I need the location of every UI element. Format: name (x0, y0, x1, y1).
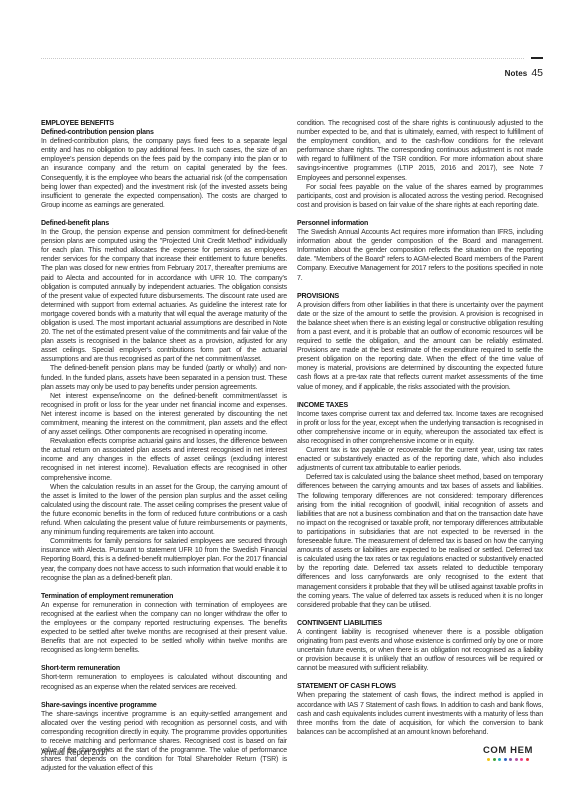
left-column: EMPLOYEE BENEFITSDefined-contribution pe… (41, 119, 287, 773)
subsection-heading: Defined-benefit plans (41, 219, 287, 228)
subsection-heading: Defined-contribution pension plans (41, 128, 287, 137)
subsection-heading: Short-term remuneration (41, 664, 287, 673)
subsection-heading: Termination of employment remuneration (41, 592, 287, 601)
logo-dot (487, 758, 490, 761)
paragraph: Deferred tax is calculated using the bal… (297, 473, 543, 609)
paragraph: Current tax is tax payable or recoverabl… (297, 446, 543, 473)
comhem-logo: COM HEM (482, 745, 534, 761)
paragraph: Commitments for family pensions for sala… (41, 537, 287, 582)
paragraph: When the calculation results in an asset… (41, 483, 287, 538)
paragraph: A provision differs from other liabiliti… (297, 301, 543, 392)
paragraph: The defined-benefit pension plans may be… (41, 364, 287, 391)
section-heading: PROVISIONS (297, 292, 543, 301)
body-columns: EMPLOYEE BENEFITSDefined-contribution pe… (41, 119, 543, 773)
paragraph: Net interest expense/income on the defin… (41, 392, 287, 437)
paragraph: When preparing the statement of cash flo… (297, 691, 543, 736)
subsection-heading: Share-savings incentive programme (41, 701, 287, 710)
paragraph: condition. The recognised cost of the sh… (297, 119, 543, 183)
logo-dot (493, 758, 496, 761)
logo-dot (509, 758, 512, 761)
section-heading: INCOME TAXES (297, 401, 543, 410)
paragraph: In the Group, the pension expense and pe… (41, 228, 287, 364)
logo-dot (504, 758, 507, 761)
logo-dot (498, 758, 501, 761)
comhem-logo-dots (482, 758, 534, 761)
logo-dot (515, 758, 518, 761)
comhem-logo-text: COM HEM (482, 745, 534, 756)
paragraph: The Swedish Annual Accounts Act requires… (297, 228, 543, 283)
paragraph: Short-term remuneration to employees is … (41, 673, 287, 691)
page-number: 45 (531, 67, 543, 79)
paragraph: Revaluation effects comprise actuarial g… (41, 437, 287, 482)
section-heading: CONTINGENT LIABILITIES (297, 619, 543, 628)
header-section-label: Notes (505, 69, 528, 78)
logo-dot (520, 758, 523, 761)
paragraph: In defined-contribution plans, the compa… (41, 137, 287, 210)
footer-report-label: Annual Report 2017 (41, 748, 109, 757)
page-header: Notes45 (505, 63, 543, 81)
paragraph: A contingent liability is recognised whe… (297, 628, 543, 673)
logo-dot (526, 758, 529, 761)
paragraph: For social fees payable on the value of … (297, 183, 543, 210)
paragraph: Income taxes comprise current tax and de… (297, 410, 543, 446)
paragraph: An expense for remuneration in connectio… (41, 601, 287, 656)
section-heading: STATEMENT OF CASH FLOWS (297, 682, 543, 691)
section-heading: EMPLOYEE BENEFITS (41, 119, 287, 128)
paragraph: The share-savings incentive programme is… (41, 710, 287, 774)
header-dotted-rule (41, 58, 524, 59)
header-dash-mark (531, 57, 543, 59)
document-page: Notes45 EMPLOYEE BENEFITSDefined-contrib… (0, 0, 573, 810)
subsection-heading: Personnel information (297, 219, 543, 228)
right-column: condition. The recognised cost of the sh… (297, 119, 543, 737)
